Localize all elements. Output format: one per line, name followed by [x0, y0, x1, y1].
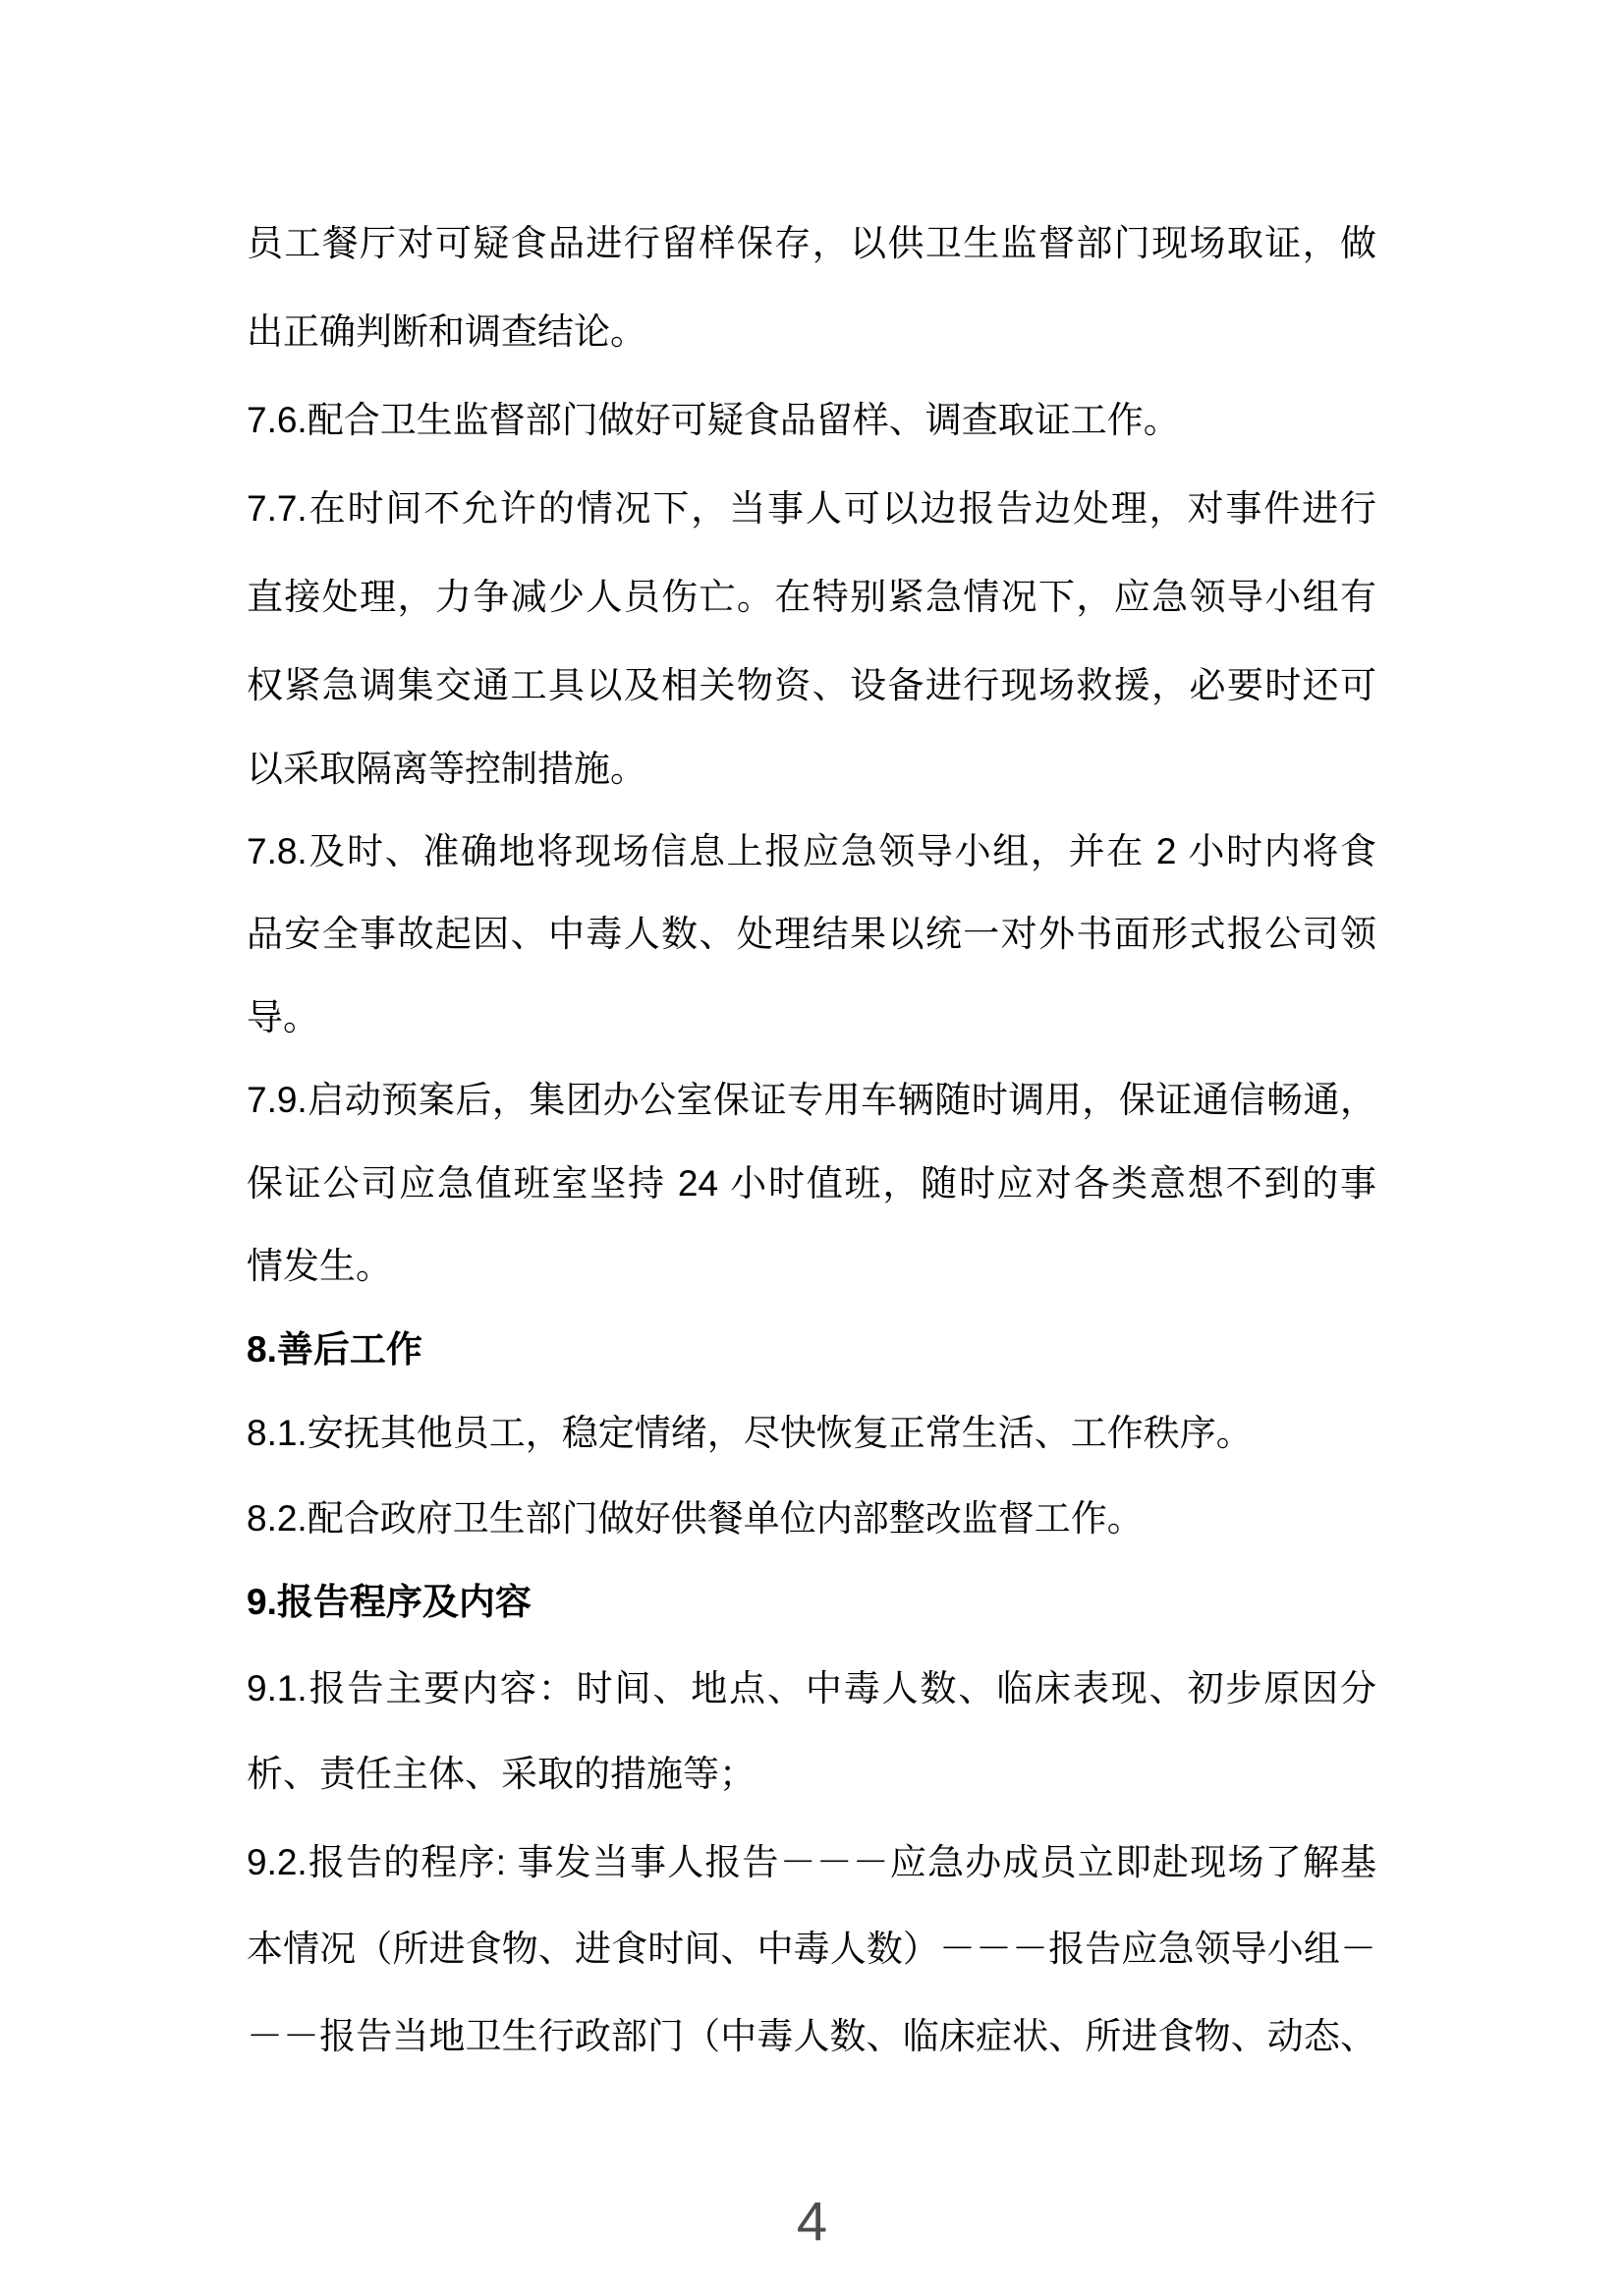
section-heading: 9.报告程序及内容: [247, 1582, 1376, 1624]
document-page: 员工餐厅对可疑食品进行留样保存，以供卫生监督部门现场取证，做 出正确判断和调查结…: [0, 0, 1624, 2296]
doc-line: 9.2.报告的程序: 事发当事人报告－－－应急办成员立即赴现场了解基: [247, 1842, 1376, 1884]
section-heading: 8.善后工作: [247, 1329, 1376, 1372]
doc-line: 权紧急调集交通工具以及相关物资、设备进行现场救援，必要时还可: [247, 665, 1376, 707]
doc-line: 员工餐厅对可疑食品进行留样保存，以供卫生监督部门现场取证，做: [247, 223, 1376, 265]
doc-line: 7.9.启动预案后，集团办公室保证专用车辆随时调用，保证通信畅通，: [247, 1080, 1376, 1122]
doc-line: 出正确判断和调查结论。: [247, 311, 1376, 354]
doc-line: 直接处理，力争减少人员伤亡。在特别紧急情况下，应急领导小组有: [247, 577, 1376, 619]
doc-line: 保证公司应急值班室坚持 24 小时值班，随时应对各类意想不到的事: [247, 1163, 1376, 1205]
doc-line: －－报告当地卫生行政部门（中毒人数、临床症状、所进食物、动态、: [247, 2016, 1376, 2058]
doc-line: 8.2.配合政府卫生部门做好供餐单位内部整改监督工作。: [247, 1498, 1376, 1540]
doc-line: 8.1.安抚其他员工，稳定情绪，尽快恢复正常生活、工作秩序。: [247, 1413, 1376, 1455]
doc-line: 本情况（所进食物、进食时间、中毒人数）－－－报告应急领导小组－: [247, 1929, 1376, 1971]
doc-line: 7.7.在时间不允许的情况下，当事人可以边报告边处理，对事件进行: [247, 488, 1376, 531]
doc-line: 情发生。: [247, 1246, 1376, 1288]
doc-line: 9.1.报告主要内容：时间、地点、中毒人数、临床表现、初步原因分: [247, 1668, 1376, 1710]
doc-line: 品安全事故起因、中毒人数、处理结果以统一对外书面形式报公司领: [247, 914, 1376, 956]
doc-line: 以采取隔离等控制措施。: [247, 749, 1376, 791]
doc-line: 7.8.及时、准确地将现场信息上报应急领导小组，并在 2 小时内将食: [247, 831, 1376, 873]
page-number: 4: [0, 2194, 1624, 2249]
doc-line: 7.6.配合卫生监督部门做好可疑食品留样、调查取证工作。: [247, 400, 1376, 442]
doc-line: 析、责任主体、采取的措施等；: [247, 1754, 1376, 1796]
doc-line: 导。: [247, 997, 1376, 1039]
